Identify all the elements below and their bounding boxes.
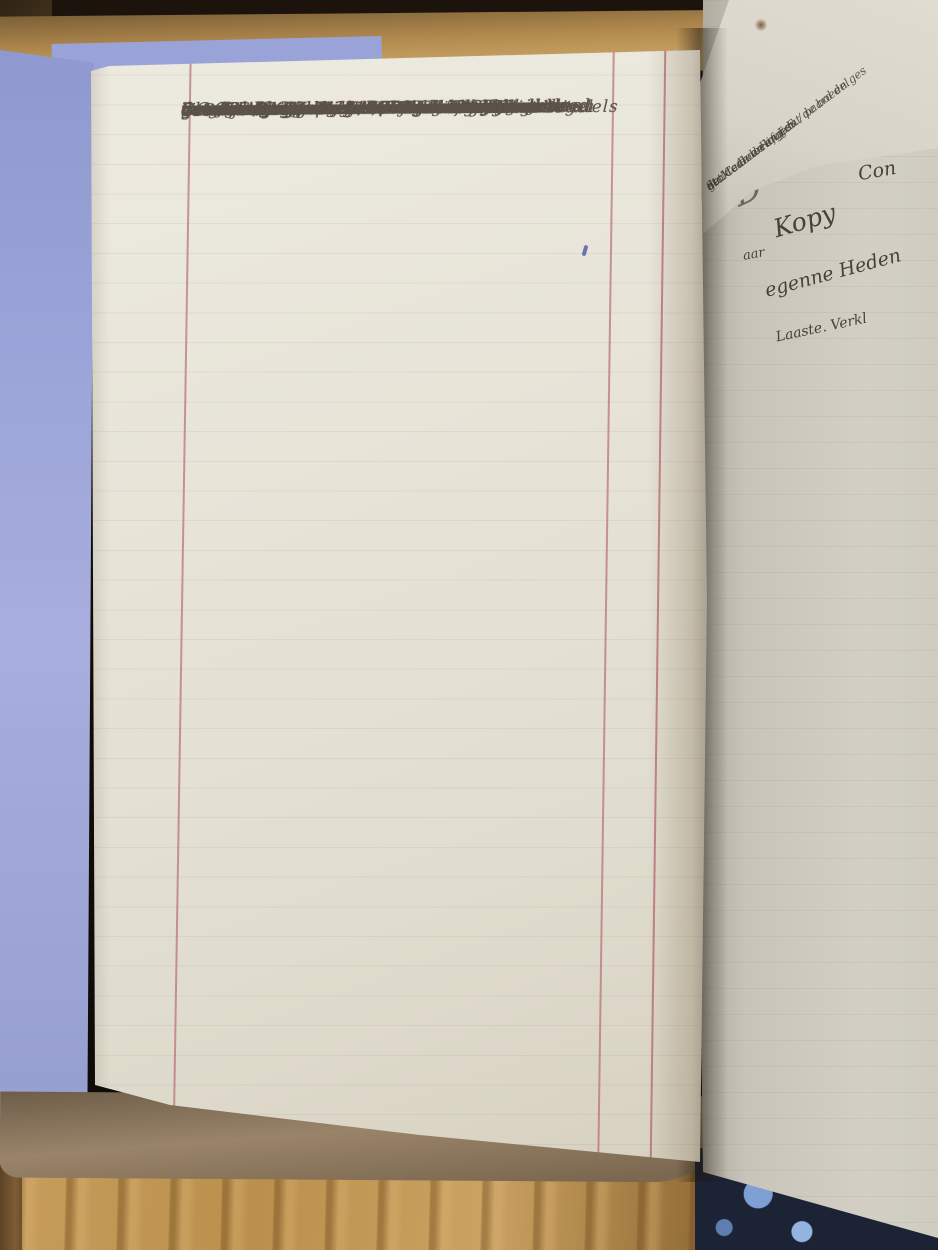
ink-stain xyxy=(755,18,767,32)
right-page-word-aar: aar xyxy=(742,245,766,264)
manuscript-page: Geen pretentie ten behoeve desboedelsGee… xyxy=(85,45,710,1170)
blue-underlay-sheet xyxy=(0,50,94,1118)
right-page-subscript: Laaste. Verkl xyxy=(774,311,868,346)
right-page-word-con: Con xyxy=(856,157,897,185)
page-curl-shading xyxy=(85,45,710,1170)
right-page-signature: egenne Heden xyxy=(763,244,904,301)
manuscript-photo: Con D Kopy aar egenne Heden Laaste. Verk… xyxy=(0,0,938,1250)
right-page-word-kopy: Kopy xyxy=(770,198,839,243)
